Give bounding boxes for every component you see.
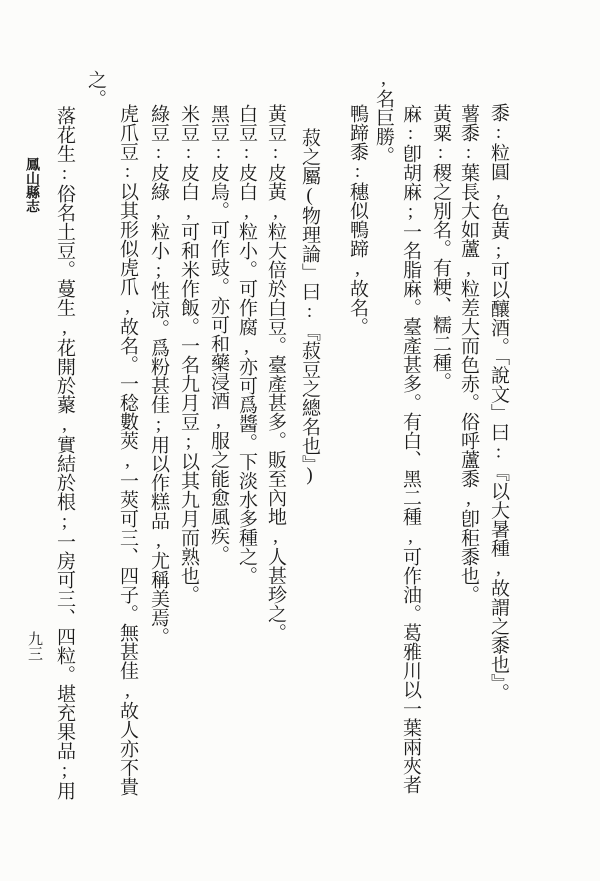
text-column-huzhuadou-continued: 之。 (83, 70, 107, 108)
text-column-ma-continued: ,名巨勝。 (371, 68, 395, 165)
text-column-huzhuadou: 虎爪豆:以其形似虎爪,故名。一稔數莢,一莢可三、四子。無甚佳,故人亦不貴 (115, 104, 139, 796)
book-page-scan: 黍:粒圓,色黃;可以釀酒。「說文」曰:『以大暑種,故謂之黍也』。 薯黍:葉長大如… (0, 0, 600, 881)
text-column-lvdou: 綠豆:皮綠,粒小;性凉。爲粉甚佳;用以作糕品,尤稱美焉。 (146, 104, 170, 646)
text-column-baidou: 白豆:皮白,粒小。可作腐,亦可爲醬。下淡水多種之。 (234, 104, 258, 585)
book-title-margin: 鳳山縣志 (22, 157, 40, 213)
text-column-shu: 黍:粒圓,色黃;可以釀酒。「說文」曰:『以大暑種,故謂之黍也』。 (486, 103, 510, 702)
text-column-yatishu: 鴨蹄黍:穗似鴨蹄,故名。 (345, 104, 369, 336)
text-column-shushu: 薯黍:葉長大如蘆,粒差大而色赤。俗呼蘆黍,卽秬黍也。 (456, 104, 480, 604)
text-column-ma: 麻:卽胡麻;一名脂麻。臺產甚多。有白、黑二種,可作油。葛雅川以一葉兩夾者 (398, 104, 422, 794)
section-header-beans: 菽之屬(物理論」曰:『菽豆之總名也』) (297, 128, 321, 486)
text-column-heidou: 黑豆:皮烏。可作豉。亦可和藥浸酒,服之能愈風疾。 (206, 104, 230, 564)
text-column-huangsu: 黃粟:稷之別名。有粳、糯二種。 (428, 104, 452, 391)
text-column-midou: 米豆:皮白,可和米作飯。一名九月豆;以其九月而熟也。 (176, 104, 200, 604)
page-number: 九三 (24, 631, 43, 661)
text-column-luohuasheng: 落花生:俗名土豆。蔓生,花開於藂,實結於根;一房可三、四粒。堪充果品;用 (52, 106, 76, 800)
text-column-huangdou: 黃豆:皮黃,粒大倍於白豆。臺產甚多。販至內地,人甚珍之。 (263, 104, 287, 642)
